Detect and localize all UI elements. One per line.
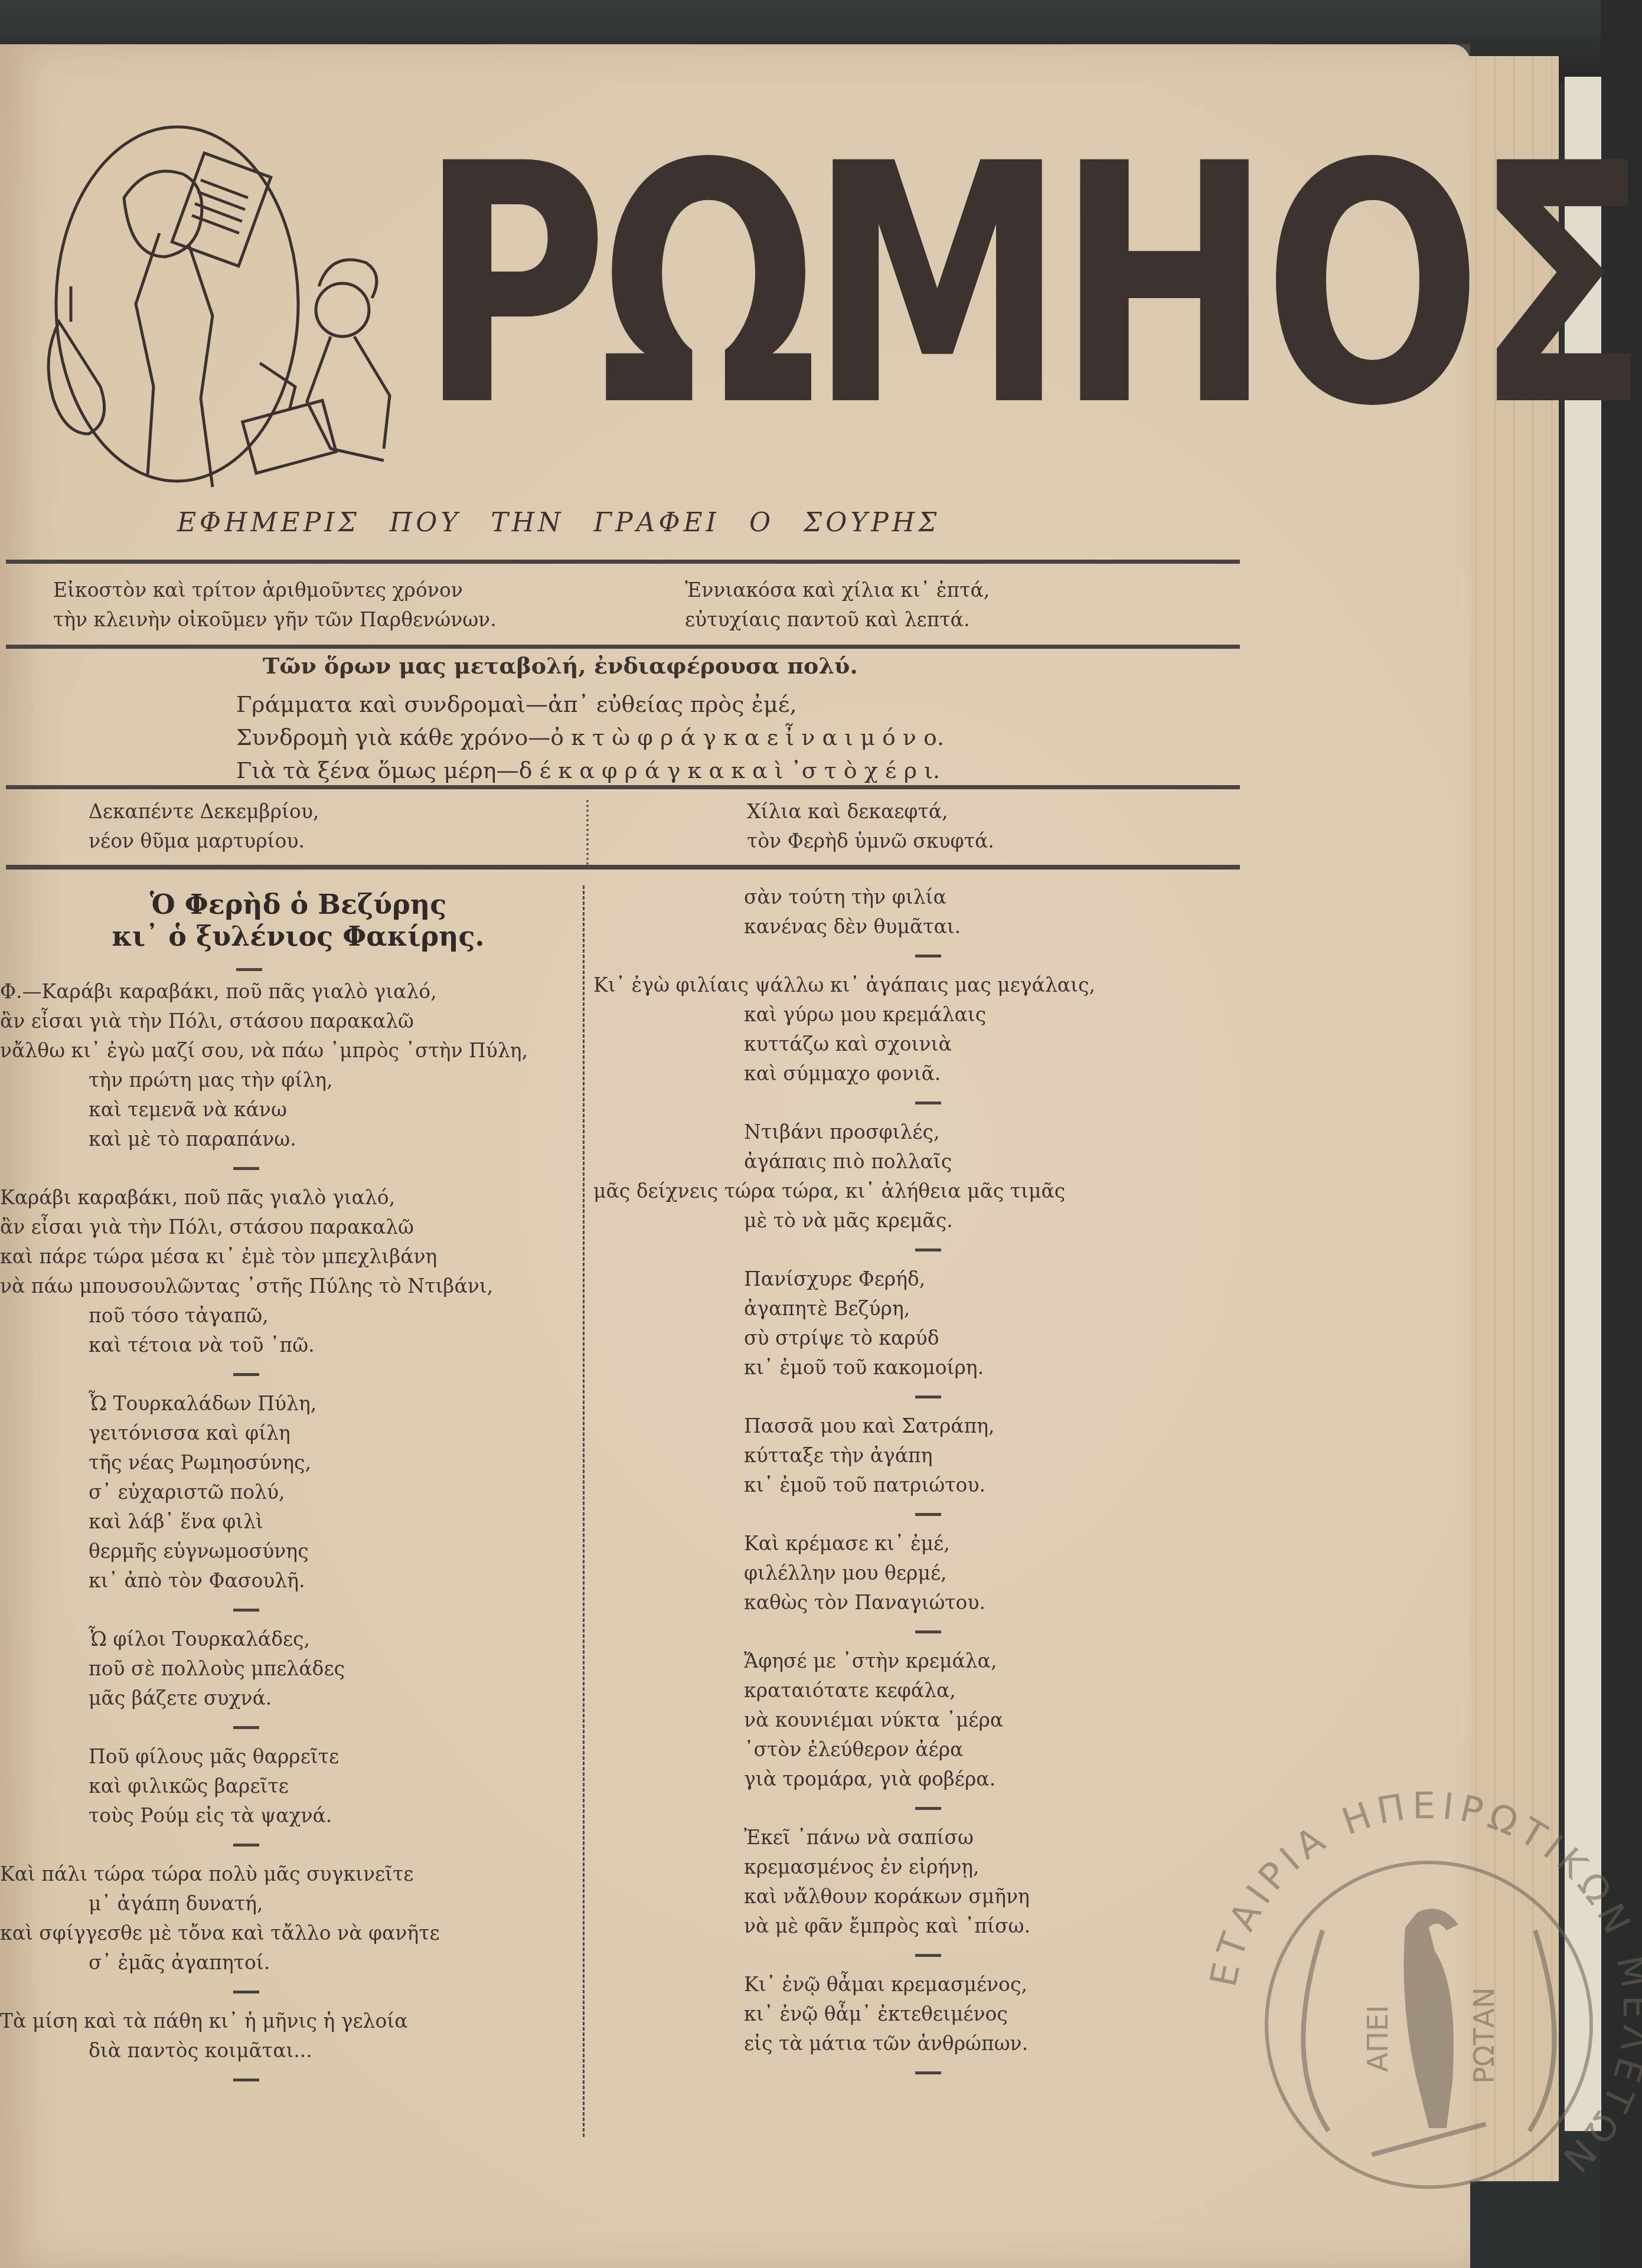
verse-line: τὴν κλεινὴν οἰκοῦμεν γῆν τῶν Παρθενώνων. (53, 605, 497, 635)
poem-line: σ᾽ εὐχαριστῶ πολύ, (0, 1478, 579, 1507)
stanza-separator (915, 1396, 941, 1398)
subscription-terms-heading: Τῶν ὅρων μας μεταβολή, ἐνδιαφέρουσα πολύ… (263, 652, 858, 679)
poem-line: κραταιότατε κεφάλα, (593, 1676, 1125, 1705)
header-verse-right: Ἐννιακόσα καὶ χίλια κι᾽ ἑπτά, εὐτυχίαις … (685, 576, 990, 635)
masthead-subtitle: ΕΦΗΜΕΡΙΣ ΠΟΥ ΤΗΝ ΓΡΑΦΕΙ Ο ΣΟΥΡΗΣ (177, 508, 1181, 538)
poem-line: κι᾽ ἐμοῦ τοῦ πατριώτου. (593, 1470, 1125, 1500)
poem-line: Ὦ φίλοι Τουρκαλάδες, (0, 1625, 579, 1654)
stanza-separator (233, 1726, 259, 1729)
poem-line: γιὰ τρομάρα, γιὰ φοβέρα. (593, 1764, 1125, 1794)
verse-line: Δεκαπέντε Δεκεμβρίου, (89, 797, 319, 826)
verse-line: νέον θῦμα μαρτυρίου. (89, 826, 319, 856)
stanza-separator (915, 1630, 941, 1633)
column-divider (583, 885, 585, 2137)
poem-line: καὶ μὲ τὸ παραπάνω. (0, 1125, 579, 1154)
article-right-column: σὰν τούτη τὴν φιλίακανένας δὲν θυμᾶται.Κ… (593, 883, 1125, 2087)
stanza-separator (233, 2079, 259, 2081)
poem-line: Ντιβάνι προσφιλές, (593, 1117, 1125, 1147)
stanza: Ντιβάνι προσφιλές,ἀγάπαις πιὸ πολλαῖςμᾶς… (593, 1117, 1125, 1236)
article-left-column: Φ.—Καράβι καραβάκι, ποῦ πᾶς γιαλὸ γιαλό,… (0, 977, 579, 2094)
poem-line: Κι᾽ ἐνῷ θἆμαι κρεμασμένος, (593, 1970, 1125, 1999)
poem-line: καὶ πάρε τώρα μέσα κι᾽ ἐμὲ τὸν μπεχλιβάν… (0, 1242, 579, 1272)
poem-line: καὶ σφίγγεσθε μὲ τὄνα καὶ τἄλλο νὰ φανῆτ… (0, 1919, 579, 1948)
poem-line: Ποῦ φίλους μᾶς θαρρεῖτε (0, 1742, 579, 1772)
terms-line: Συνδρομὴ γιὰ κάθε χρόνο—ὀ κ τ ὼ φ ρ ά γ … (236, 721, 944, 754)
poem-line: ἂν εἶσαι γιὰ τὴν Πόλι, στάσου παρακαλῶ (0, 1213, 579, 1242)
poem-line: καὶ φιλικῶς βαρεῖτε (0, 1772, 579, 1801)
poem-line: εἰς τὰ μάτια τῶν ἀνθρώπων. (593, 2029, 1125, 2058)
stanza: Καὶ πάλι τώρα τώρα πολὺ μᾶς συγκινεῖτεμ᾽… (0, 1860, 579, 1978)
poem-line: μᾶς δείχνεις τώρα τώρα, κι᾽ ἀλήθεια μᾶς … (593, 1177, 1125, 1206)
stanza: σὰν τούτη τὴν φιλίακανένας δὲν θυμᾶται. (593, 883, 1125, 942)
poem-line: ἀγάπαις πιὸ πολλαῖς (593, 1147, 1125, 1177)
article-title: Ὁ Φερὴδ ὁ Βεζύρης κι᾽ ὁ ξυλένιος Φακίρης… (77, 888, 520, 952)
masthead-illustration-icon (35, 109, 413, 499)
poem-line: καὶ λάβ᾽ ἕνα φιλὶ (0, 1507, 579, 1537)
poem-line: Πανίσχυρε Φερήδ, (593, 1264, 1125, 1294)
stanza: Φ.—Καράβι καραβάκι, ποῦ πᾶς γιαλὸ γιαλό,… (0, 977, 579, 1154)
poem-line: Ὦ Τουρκαλάδων Πύλη, (0, 1389, 579, 1419)
poem-line: Καὶ πάλι τώρα τώρα πολὺ μᾶς συγκινεῖτε (0, 1860, 579, 1889)
poem-line: νὰ μὲ φᾶν ἔμπρὸς καὶ ᾽πίσω. (593, 1911, 1125, 1941)
stanza-separator (915, 1249, 941, 1251)
stanza: Πασσᾶ μου καὶ Σατράπη,κύτταξε τὴν ἀγάπηκ… (593, 1411, 1125, 1500)
rule-divider (6, 865, 1240, 870)
stanza: Ποῦ φίλους μᾶς θαρρεῖτεκαὶ φιλικῶς βαρεῖ… (0, 1742, 579, 1831)
date-verse-left: Δεκαπέντε Δεκεμβρίου, νέον θῦμα μαρτυρίο… (89, 797, 319, 856)
dotted-divider (586, 800, 591, 865)
stanza-separator (915, 1807, 941, 1810)
poem-line: ἀγαπητὲ Βεζύρη, (593, 1294, 1125, 1323)
stanza: Κι᾽ ἐνῷ θἆμαι κρεμασμένος,κι᾽ ἐνῷ θἆμ᾽ ἐ… (593, 1970, 1125, 2058)
verse-line: Εἰκοστὸν καὶ τρίτον ἀριθμοῦντες χρόνον (53, 576, 497, 605)
poem-line: γειτόνισσα καὶ φίλη (0, 1419, 579, 1448)
article-title-line: κι᾽ ὁ ξυλένιος Φακίρης. (77, 920, 520, 952)
stanza: Καράβι καραβάκι, ποῦ πᾶς γιαλὸ γιαλό,ἂν … (0, 1183, 579, 1360)
verse-line: Χίλια καὶ δεκαεφτά, (747, 797, 994, 826)
stanza: Πανίσχυρε Φερήδ,ἀγαπητὲ Βεζύρη,σὺ στρίψε… (593, 1264, 1125, 1383)
poem-line: κι᾽ ἐμοῦ τοῦ κακομοίρη. (593, 1353, 1125, 1383)
poem-line: ἂν εἶσαι γιὰ τὴν Πόλι, στάσου παρακαλῶ (0, 1006, 579, 1036)
poem-line: τὴν πρώτη μας τὴν φίλη, (0, 1066, 579, 1095)
stanza-separator (233, 1844, 259, 1847)
poem-line: νὰ κουνιέμαι νύκτα ᾽μέρα (593, 1705, 1125, 1735)
poem-line: σὺ στρίψε τὸ καρύδ (593, 1323, 1125, 1353)
poem-line: Φ.—Καράβι καραβάκι, ποῦ πᾶς γιαλὸ γιαλό, (0, 977, 579, 1006)
rule-divider (6, 785, 1240, 789)
poem-line: ᾽στὸν ἐλεύθερον ἀέρα (593, 1735, 1125, 1764)
poem-line: νἄλθω κι᾽ ἐγὼ μαζί σου, νὰ πάω ᾽μπρὸς ᾽σ… (0, 1036, 579, 1066)
poem-line: διὰ παντὸς κοιμᾶται... (0, 2036, 579, 2066)
poem-line: καὶ τεμενᾶ νὰ κάνω (0, 1095, 579, 1125)
stanza-separator (233, 1167, 259, 1170)
poem-line: Πασσᾶ μου καὶ Σατράπη, (593, 1411, 1125, 1441)
stanza: Ἐκεῖ ᾽πάνω νὰ σαπίσωκρεμασμένος ἐν εἰρήν… (593, 1823, 1125, 1941)
stanza-separator (915, 1102, 941, 1104)
terms-line: Γιὰ τὰ ξένα ὅμως μέρη—δ έ κ α φ ρ ά γ κ … (236, 754, 944, 787)
poem-line: τοὺς Ρούμ εἰς τὰ ψαχνά. (0, 1801, 579, 1831)
poem-line: καὶ σύμμαχο φονιᾶ. (593, 1059, 1125, 1089)
poem-line: Τὰ μίση καὶ τὰ πάθη κι᾽ ἡ μῆνις ἡ γελοία (0, 2006, 579, 2036)
stanza-separator (915, 1954, 941, 1957)
poem-line: σὰν τούτη τὴν φιλία (593, 883, 1125, 912)
subscription-terms: Γράμματα καὶ συνδρομαὶ—ἀπ᾽ εὐθείας πρὸς … (236, 688, 944, 787)
poem-line: κανένας δὲν θυμᾶται. (593, 912, 1125, 942)
poem-line: κύτταξε τὴν ἀγάπη (593, 1441, 1125, 1470)
poem-line: καὶ νἄλθουν κοράκων σμῆνη (593, 1882, 1125, 1911)
poem-line: ποῦ σὲ πολλοὺς μπελάδες (0, 1654, 579, 1684)
stanza: Ὦ Τουρκαλάδων Πύλη,γειτόνισσα καὶ φίλητῆ… (0, 1389, 579, 1596)
stanza-separator (915, 2071, 941, 2074)
verse-line: εὐτυχίαις παντοῦ καὶ λεπτά. (685, 605, 990, 635)
header-verse-left: Εἰκοστὸν καὶ τρίτον ἀριθμοῦντες χρόνον τ… (53, 576, 497, 635)
poem-line: Καὶ κρέμασε κι᾽ ἐμέ, (593, 1529, 1125, 1558)
verse-line: Ἐννιακόσα καὶ χίλια κι᾽ ἑπτά, (685, 576, 990, 605)
stanza-separator (233, 1609, 259, 1612)
poem-line: νὰ πάω μπουσουλῶντας ᾽στῆς Πύλης τὸ Ντιβ… (0, 1272, 579, 1301)
stanza-separator (915, 955, 941, 957)
verse-line: τὸν Φερὴδ ὑμνῶ σκυφτά. (747, 826, 994, 856)
svg-text:ΡΩΤΑΝ: ΡΩΤΑΝ (1468, 1987, 1501, 2084)
poem-line: θερμῆς εὐγνωμοσύνης (0, 1537, 579, 1566)
poem-line: μὲ τὸ νὰ μᾶς κρεμᾶς. (593, 1206, 1125, 1236)
title-dash (236, 968, 262, 971)
poem-line: καὶ τέτοια νὰ τοῦ ᾽πῶ. (0, 1331, 579, 1360)
stanza-separator (233, 1991, 259, 1994)
stanza: Ὦ φίλοι Τουρκαλάδες,ποῦ σὲ πολλοὺς μπελά… (0, 1625, 579, 1713)
masthead-title: ΡΩΜΗΟΣ (419, 121, 1640, 452)
stanza: Ἄφησέ με ᾽στὴν κρεμάλα,κραταιότατε κεφάλ… (593, 1646, 1125, 1794)
poem-line: κι᾽ ἐνῷ θἆμ᾽ ἐκτεθειμένος (593, 1999, 1125, 2029)
poem-line: κυττάζω καὶ σχοινιὰ (593, 1030, 1125, 1059)
poem-line: Καράβι καραβάκι, ποῦ πᾶς γιαλὸ γιαλό, (0, 1183, 579, 1213)
stanza-separator (233, 1373, 259, 1376)
poem-line: κι᾽ ἀπὸ τὸν Φασουλῆ. (0, 1566, 579, 1596)
poem-line: μᾶς βάζετε συχνά. (0, 1684, 579, 1713)
terms-line: Γράμματα καὶ συνδρομαὶ—ἀπ᾽ εὐθείας πρὸς … (236, 688, 944, 721)
poem-line: καὶ γύρω μου κρεμάλαις (593, 1000, 1125, 1030)
poem-line: φιλέλλην μου θερμέ, (593, 1558, 1125, 1588)
library-stamp-icon: ΕΤΑΙΡΙΑ ΗΠΕΙΡΩΤΙΚΩΝ ΜΕΛΕΤΩΝ ΑΠΕΙ ΡΩΤΑΝ (1193, 1777, 1642, 2249)
poem-line: Ἄφησέ με ᾽στὴν κρεμάλα, (593, 1646, 1125, 1676)
svg-text:ΑΠΕΙ: ΑΠΕΙ (1362, 2005, 1395, 2072)
stanza: Καὶ κρέμασε κι᾽ ἐμέ,φιλέλλην μου θερμέ,κ… (593, 1529, 1125, 1617)
poem-line: Ἐκεῖ ᾽πάνω νὰ σαπίσω (593, 1823, 1125, 1852)
poem-line: μ᾽ ἀγάπη δυνατή, (0, 1889, 579, 1919)
article-title-line: Ὁ Φερὴδ ὁ Βεζύρης (77, 888, 520, 920)
rule-divider (6, 645, 1240, 649)
rule-divider (6, 560, 1240, 564)
poem-line: ποῦ τόσο τἀγαπῶ, (0, 1301, 579, 1331)
poem-line: κρεμασμένος ἐν εἰρήνῃ, (593, 1852, 1125, 1882)
stanza: Κι᾽ ἐγὼ φιλίαις ψάλλω κι᾽ ἀγάπαις μας με… (593, 970, 1125, 1089)
stanza-separator (915, 1513, 941, 1516)
stanza: Τὰ μίση καὶ τὰ πάθη κι᾽ ἡ μῆνις ἡ γελοία… (0, 2006, 579, 2066)
poem-line: καθὼς τὸν Παναγιώτου. (593, 1588, 1125, 1617)
poem-line: σ᾽ ἐμᾶς ἀγαπητοί. (0, 1948, 579, 1978)
masthead: ΡΩΜΗΟΣ (35, 56, 1275, 505)
poem-line: τῆς νέας Ρωμηοσύνης, (0, 1448, 579, 1478)
poem-line: Κι᾽ ἐγὼ φιλίαις ψάλλω κι᾽ ἀγάπαις μας με… (593, 970, 1125, 1000)
date-verse-right: Χίλια καὶ δεκαεφτά, τὸν Φερὴδ ὑμνῶ σκυφτ… (747, 797, 994, 856)
